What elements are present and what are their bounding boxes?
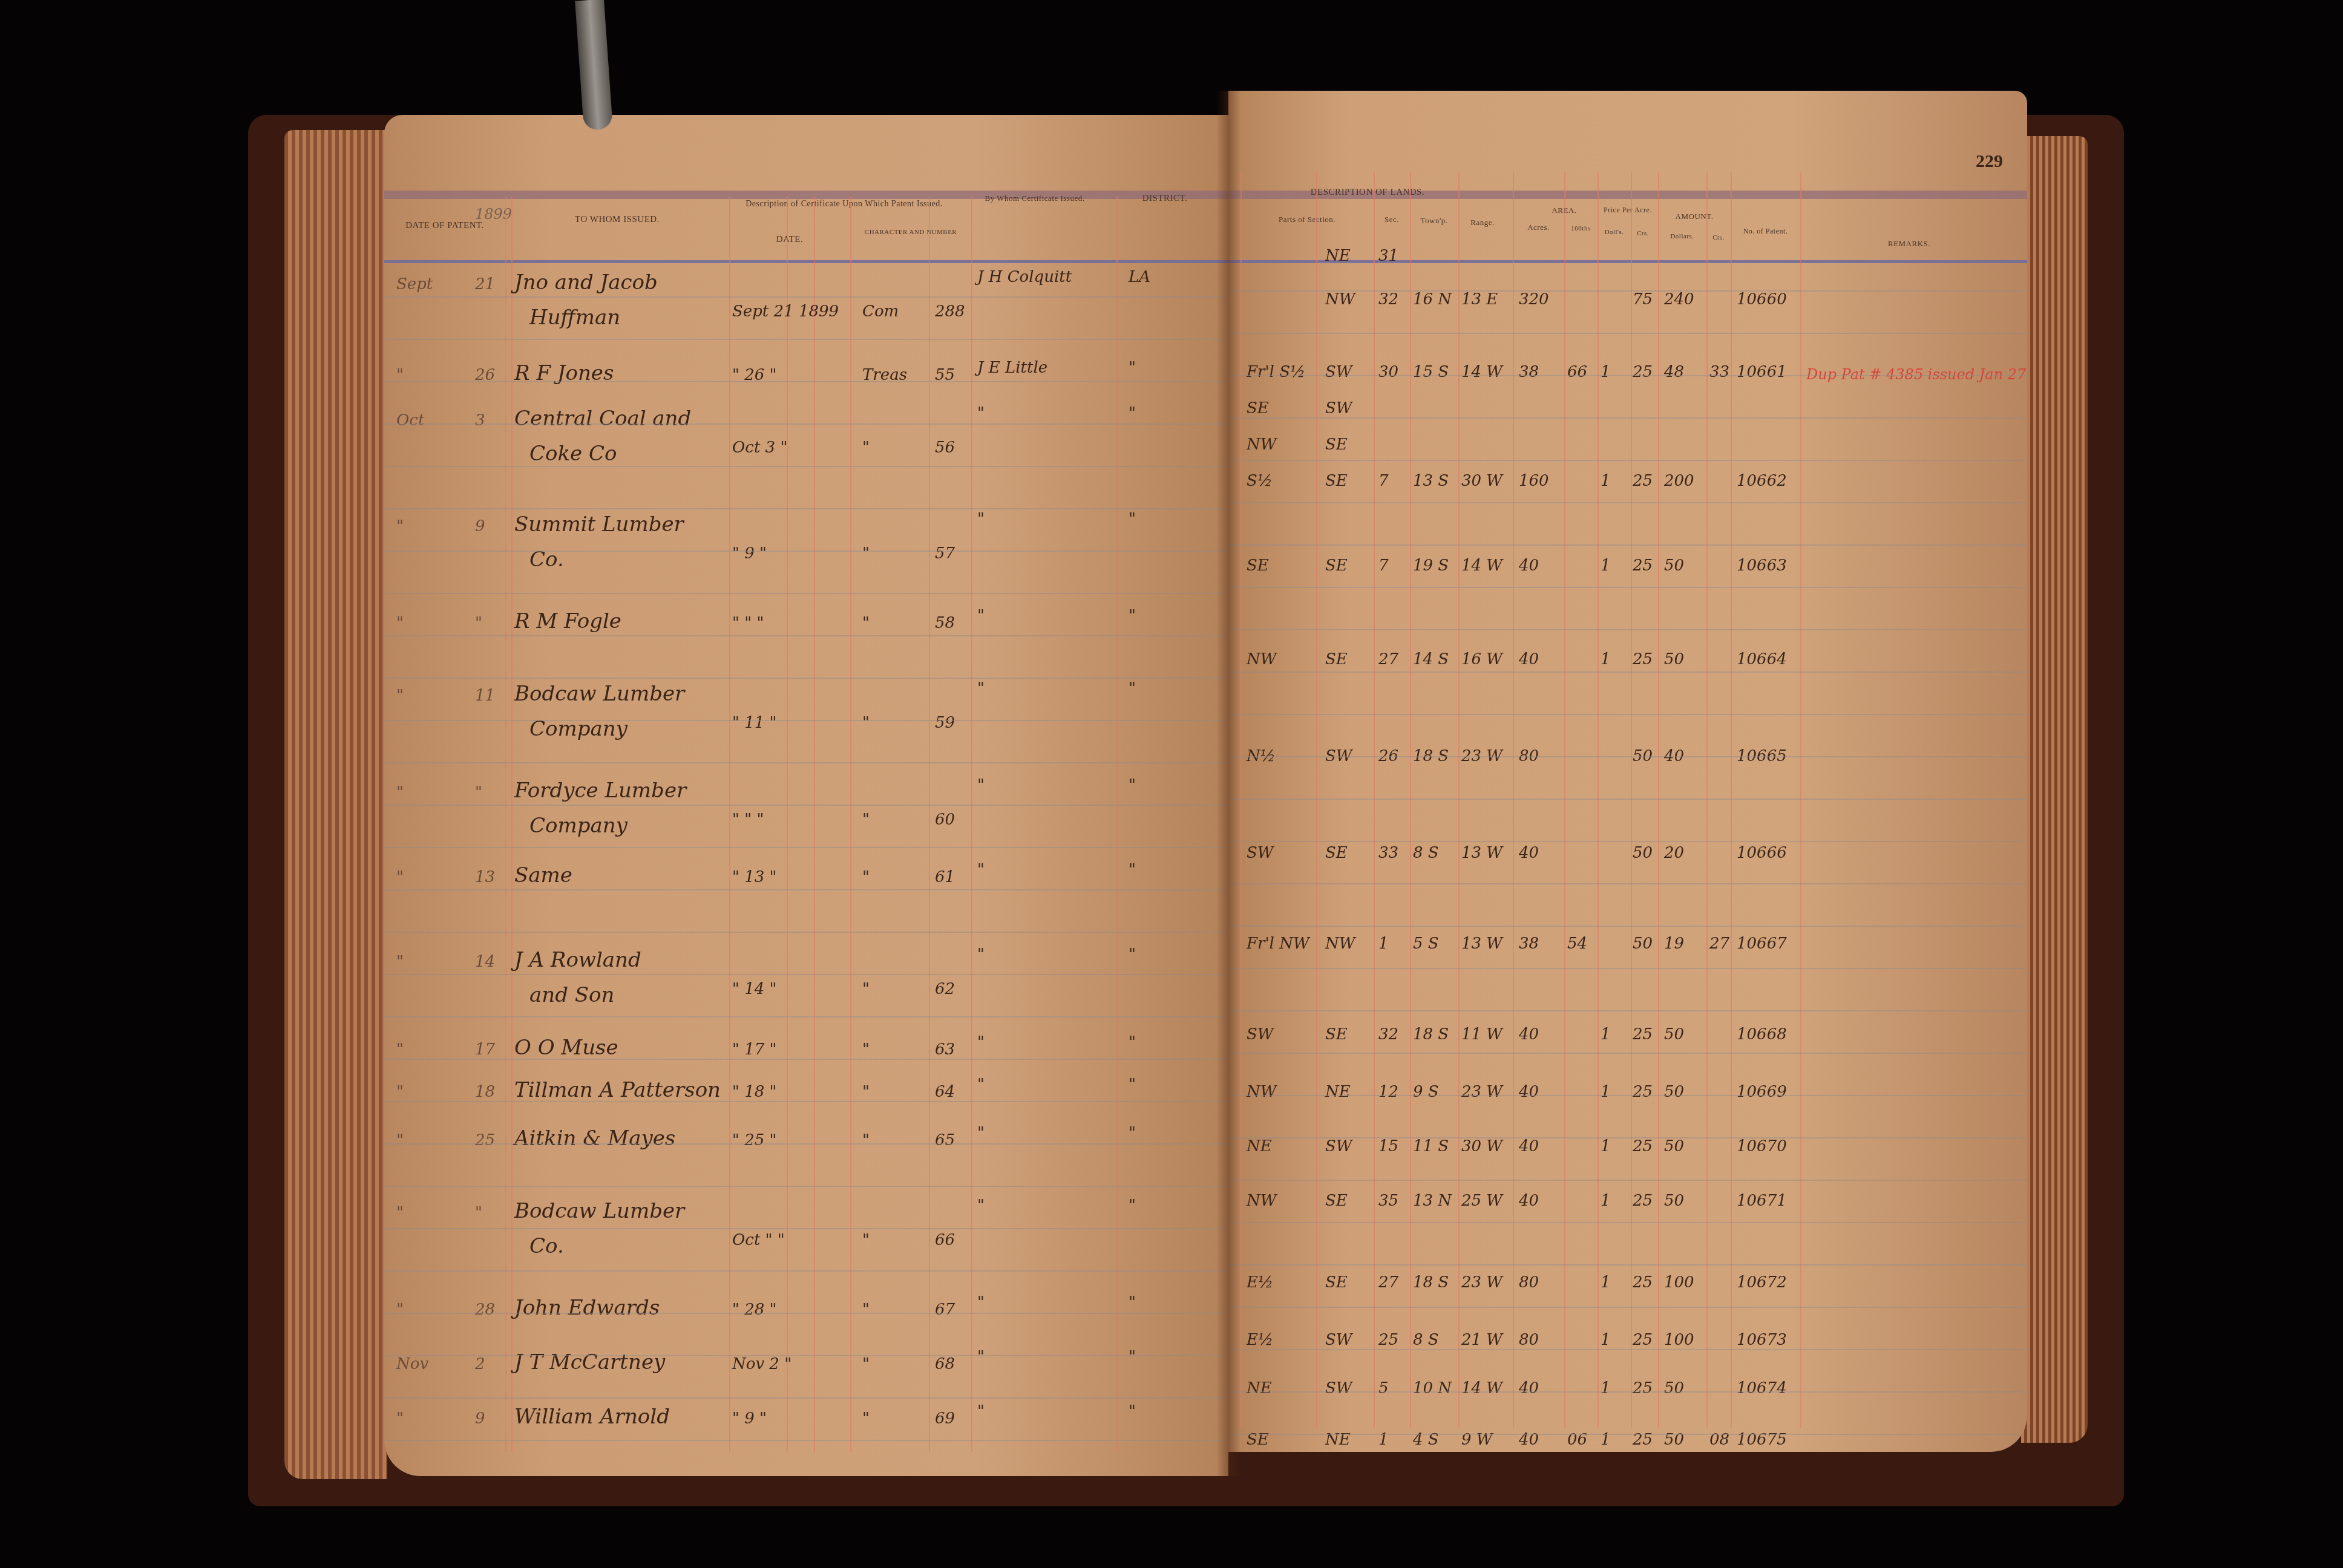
- patent-number: 10667: [1737, 935, 1787, 953]
- ruled-line: [384, 466, 1228, 467]
- patent-month: ": [396, 1204, 404, 1222]
- parts-of-section: NE: [1247, 1137, 1272, 1155]
- patent-month: ": [396, 868, 404, 886]
- header-certificate-date: DATE.: [729, 235, 850, 245]
- patent-number: 10669: [1737, 1083, 1787, 1101]
- range: 11 W: [1461, 1025, 1502, 1044]
- patent-month: ": [396, 953, 404, 971]
- certifying-officer: ": [977, 1197, 985, 1215]
- grantee-name: John Edwards: [514, 1296, 660, 1320]
- price-cents: 25: [1633, 650, 1653, 668]
- section: 32: [1378, 1025, 1398, 1044]
- price-dollars: 1: [1601, 1192, 1611, 1210]
- amount-dollars: 50: [1664, 1025, 1684, 1044]
- price-cents: 25: [1633, 1273, 1653, 1292]
- price-cents: 25: [1633, 1083, 1653, 1101]
- grantee-name: Jno and Jacob: [514, 270, 658, 295]
- range: 23 W: [1461, 1083, 1502, 1101]
- header-by-whom: By Whom Certificate Issued.: [965, 194, 1104, 203]
- price-cents: 25: [1633, 1137, 1653, 1155]
- header-character-number: CHARACTER AND NUMBER: [856, 229, 965, 236]
- amount-dollars: 19: [1664, 935, 1684, 953]
- certificate-number: 59: [935, 714, 955, 732]
- header-sec: Sec.: [1374, 215, 1410, 224]
- remarks-red-ink: Dup Pat # 4385 issued Jan 27, 1922: [1806, 366, 2027, 383]
- township: 18 S: [1413, 1273, 1449, 1292]
- patent-number: 10664: [1737, 650, 1787, 668]
- grantee-name: Bodcaw Lumber: [514, 1199, 684, 1223]
- price-cents: 25: [1633, 472, 1653, 490]
- district: LA: [1129, 268, 1150, 286]
- certificate-number: 67: [935, 1301, 955, 1319]
- certifying-officer: J H Colquitt: [977, 268, 1072, 286]
- patent-day: 3: [475, 411, 485, 430]
- certificate-date: " 18 ": [732, 1083, 777, 1101]
- certifying-officer: ": [977, 1124, 985, 1142]
- section: 25: [1378, 1331, 1398, 1349]
- certificate-number: 66: [935, 1231, 955, 1249]
- certificate-number: 288: [935, 302, 965, 321]
- quarter-section: SW: [1325, 1379, 1352, 1397]
- certificate-number: 60: [935, 811, 955, 829]
- certificate-character: ": [862, 1231, 870, 1249]
- township: 16 N: [1413, 290, 1452, 309]
- patent-month: Sept: [396, 275, 433, 293]
- acres: 80: [1519, 1273, 1539, 1292]
- patent-month: ": [396, 517, 404, 535]
- section: 27: [1378, 1273, 1398, 1292]
- certificate-date: " 17 ": [732, 1040, 777, 1059]
- column-rule: [1706, 172, 1708, 1428]
- quarter-section: SE: [1325, 1273, 1348, 1292]
- section: 7: [1378, 557, 1389, 575]
- range: 13 W: [1461, 935, 1502, 953]
- township: 8 S: [1413, 1331, 1439, 1349]
- patent-number: 10660: [1737, 290, 1787, 309]
- range: 13 E: [1461, 290, 1498, 309]
- header-no-of-patent: No. of Patent.: [1731, 227, 1800, 236]
- column-rule: [1597, 172, 1599, 1428]
- certifying-officer: ": [977, 1348, 985, 1366]
- patent-number: 10671: [1737, 1192, 1787, 1210]
- patent-day: 2: [475, 1355, 485, 1373]
- range: 30 W: [1461, 1137, 1502, 1155]
- township: 5 S: [1413, 935, 1439, 953]
- ruled-line: [1228, 629, 2027, 630]
- price-dollars: 1: [1601, 1083, 1611, 1101]
- header-acres: Acres.: [1513, 223, 1564, 232]
- acres: 40: [1519, 1192, 1539, 1210]
- certifying-officer: J E Little: [977, 359, 1047, 377]
- parts-of-section: E½: [1247, 1331, 1273, 1349]
- district: ": [1129, 359, 1136, 377]
- quarter-section: SW: [1325, 399, 1352, 417]
- district: ": [1129, 607, 1136, 625]
- certificate-number: 62: [935, 980, 955, 998]
- district: ": [1129, 1348, 1136, 1366]
- patent-number: 10668: [1737, 1025, 1787, 1044]
- certificate-date: " " ": [732, 811, 764, 829]
- certifying-officer: ": [977, 607, 985, 625]
- range: 14 W: [1461, 1379, 1502, 1397]
- column-rule: [929, 197, 930, 1452]
- range: 25 W: [1461, 1192, 1502, 1210]
- ruled-line: [1228, 671, 2027, 673]
- column-rule: [1116, 197, 1118, 1452]
- certificate-character: ": [862, 439, 870, 457]
- patent-number: 10662: [1737, 472, 1787, 490]
- parts-of-section: NW: [1247, 650, 1276, 668]
- header-amount-cts: Cts.: [1706, 234, 1731, 241]
- parts-of-section: SE: [1247, 399, 1269, 417]
- amount-dollars: 50: [1664, 557, 1684, 575]
- ruled-line: [384, 805, 1228, 806]
- quarter-section: SE: [1325, 557, 1348, 575]
- price-cents: 25: [1633, 1025, 1653, 1044]
- ruled-line: [384, 1313, 1228, 1314]
- township: 15 S: [1413, 363, 1449, 381]
- range: 16 W: [1461, 650, 1502, 668]
- column-rule: [1316, 172, 1317, 1428]
- certificate-date: Sept 21 1899: [732, 302, 839, 321]
- quarter-section: SE: [1325, 1025, 1348, 1044]
- patent-day: 9: [475, 517, 485, 535]
- certificate-character: ": [862, 1131, 870, 1149]
- parts-of-section: SW: [1247, 1025, 1274, 1044]
- section: 27: [1378, 650, 1398, 668]
- ruled-line: [1228, 333, 2027, 334]
- acres-hundredths: 66: [1567, 363, 1587, 381]
- column-rule: [1513, 172, 1514, 1428]
- patent-number: 10670: [1737, 1137, 1787, 1155]
- quarter-section: SW: [1325, 363, 1352, 381]
- ruled-line: [384, 720, 1228, 721]
- section: 15: [1378, 1137, 1398, 1155]
- certificate-number: 63: [935, 1040, 955, 1059]
- section: 30: [1378, 363, 1398, 381]
- range: 21 W: [1461, 1331, 1502, 1349]
- parts-of-section: NW: [1247, 1083, 1276, 1101]
- certifying-officer: ": [977, 679, 985, 697]
- certifying-officer: ": [977, 776, 985, 794]
- patent-month: ": [396, 783, 404, 802]
- certificate-number: 68: [935, 1355, 955, 1373]
- grantee-name-continued: Huffman: [529, 305, 620, 330]
- acres-hundredths: 54: [1567, 935, 1587, 953]
- header-township: Town'p.: [1410, 216, 1458, 226]
- price-dollars: 1: [1601, 363, 1611, 381]
- header-amount: AMOUNT.: [1658, 212, 1731, 221]
- ruled-line: [1228, 1010, 2027, 1011]
- amount-dollars: 100: [1664, 1273, 1694, 1292]
- price-dollars: 1: [1601, 1025, 1611, 1044]
- acres: 80: [1519, 1331, 1539, 1349]
- amount-dollars: 100: [1664, 1331, 1694, 1349]
- ruled-line: [1228, 417, 2027, 419]
- price-cents: 50: [1633, 844, 1653, 862]
- certificate-date: Nov 2 ": [732, 1355, 791, 1373]
- certificate-number: 56: [935, 439, 955, 457]
- column-rule: [787, 197, 788, 1452]
- patent-number: 10661: [1737, 363, 1787, 381]
- certificate-date: " 9 ": [732, 544, 767, 563]
- column-rule: [729, 197, 730, 1452]
- patent-day: 28: [475, 1301, 495, 1319]
- township: 8 S: [1413, 844, 1439, 862]
- patent-day: ": [475, 1204, 482, 1222]
- certifying-officer: ": [977, 1402, 985, 1420]
- range: 13 W: [1461, 844, 1502, 862]
- certificate-date: Oct 3 ": [732, 439, 787, 457]
- parts-of-section: NW: [1247, 1192, 1276, 1210]
- certificate-date: " 28 ": [732, 1301, 777, 1319]
- quarter-section: SE: [1325, 436, 1348, 454]
- certificate-character: ": [862, 1410, 870, 1428]
- district: ": [1129, 510, 1136, 528]
- district: ": [1129, 1402, 1136, 1420]
- district: ": [1129, 1197, 1136, 1215]
- quarter-section: SE: [1325, 844, 1348, 862]
- header-amount-dollars: Dollars.: [1658, 233, 1706, 240]
- section: 35: [1378, 1192, 1398, 1210]
- section: 33: [1378, 844, 1398, 862]
- certifying-officer: ": [977, 1293, 985, 1312]
- certificate-character: ": [862, 980, 870, 998]
- column-rule: [1240, 172, 1242, 1428]
- column-rule: [814, 197, 815, 1452]
- column-rule: [1658, 172, 1659, 1428]
- quarter-section: NW: [1325, 935, 1355, 953]
- amount-dollars: 48: [1664, 363, 1684, 381]
- book-gutter: [1216, 91, 1240, 1476]
- price-cents: 25: [1633, 363, 1653, 381]
- header-price-per-acre: Price Per Acre.: [1597, 206, 1658, 215]
- ruled-line: [1228, 375, 2027, 376]
- ruled-line: [384, 1355, 1228, 1356]
- parts-of-section: S½: [1247, 472, 1273, 490]
- certificate-character: ": [862, 714, 870, 732]
- ruled-line: [1228, 1137, 2027, 1138]
- grantee-name-continued: Company: [529, 814, 628, 838]
- price-cents: 25: [1633, 1379, 1653, 1397]
- ruled-line: [1228, 502, 2027, 503]
- ruled-line: [1228, 1391, 2027, 1393]
- price-dollars: 1: [1601, 1273, 1611, 1292]
- district: ": [1129, 1076, 1136, 1094]
- ruled-line: [384, 1101, 1228, 1102]
- ruled-line: [384, 1397, 1228, 1399]
- certificate-number: 61: [935, 868, 955, 886]
- parts-of-section: Fr'l S½: [1247, 363, 1305, 381]
- certificate-character: ": [862, 1301, 870, 1319]
- certificate-number: 58: [935, 614, 955, 632]
- ruled-line: [384, 678, 1228, 679]
- certificate-character: ": [862, 1040, 870, 1059]
- ruled-line: [384, 1059, 1228, 1060]
- township: 13 S: [1413, 472, 1449, 490]
- patent-number: 10672: [1737, 1273, 1787, 1292]
- quarter-section: NE: [1325, 247, 1351, 265]
- ruled-line: [384, 381, 1228, 382]
- parts-of-section: Fr'l NW: [1247, 935, 1309, 953]
- ruled-line: [384, 339, 1228, 340]
- column-rule: [850, 197, 851, 1452]
- patent-day: ": [475, 614, 482, 632]
- parts-of-section: SE: [1247, 557, 1269, 575]
- section: 12: [1378, 1083, 1398, 1101]
- ruled-line: [1228, 587, 2027, 588]
- ruled-line: [1228, 1180, 2027, 1181]
- acres: 160: [1519, 472, 1549, 490]
- township: 19 S: [1413, 557, 1449, 575]
- header-to-whom-issued: TO WHOM ISSUED.: [511, 215, 723, 225]
- grantee-name: Aitkin & Mayes: [514, 1126, 675, 1151]
- section: 31: [1378, 247, 1398, 265]
- ruled-line: [384, 550, 1228, 552]
- acres: 38: [1519, 935, 1539, 953]
- ruled-line: [384, 423, 1228, 425]
- patent-number: 10673: [1737, 1331, 1787, 1349]
- ruled-line: [384, 296, 1228, 298]
- ruled-line: [1228, 460, 2027, 461]
- patent-day: 18: [475, 1083, 495, 1101]
- patent-number: 10666: [1737, 844, 1787, 862]
- parts-of-section: NE: [1247, 1379, 1272, 1397]
- patent-month: ": [396, 1083, 404, 1101]
- range: 14 W: [1461, 557, 1502, 575]
- header-district: DISTRICT.: [1110, 194, 1219, 204]
- range: 23 W: [1461, 1273, 1502, 1292]
- patent-day: 13: [475, 868, 495, 886]
- parts-of-section: SW: [1247, 844, 1274, 862]
- patent-month: Nov: [396, 1355, 428, 1373]
- township: 10 N: [1413, 1379, 1452, 1397]
- district: ": [1129, 776, 1136, 794]
- ruled-line: [1228, 1095, 2027, 1096]
- certifying-officer: ": [977, 510, 985, 528]
- quarter-section: SE: [1325, 1192, 1348, 1210]
- grantee-name: Tillman A Patterson: [514, 1078, 721, 1102]
- ruled-line: [1228, 841, 2027, 842]
- column-rule: [1410, 172, 1411, 1428]
- header-price-cts: Cts.: [1631, 230, 1655, 237]
- quarter-section: SE: [1325, 650, 1348, 668]
- certificate-number: 64: [935, 1083, 955, 1101]
- price-dollars: 1: [1601, 1137, 1611, 1155]
- ruled-line: [384, 635, 1228, 636]
- ruled-line: [1228, 1053, 2027, 1054]
- patent-month: ": [396, 687, 404, 705]
- ruled-line: [384, 1228, 1228, 1229]
- column-rule: [511, 197, 513, 1452]
- certifying-officer: ": [977, 861, 985, 879]
- section: 7: [1378, 472, 1389, 490]
- page-clip: [575, 0, 613, 131]
- column-rule: [1458, 172, 1460, 1428]
- acres: 320: [1519, 290, 1549, 309]
- acres: 40: [1519, 1083, 1539, 1101]
- patent-number: 10663: [1737, 557, 1787, 575]
- certificate-date: " " ": [732, 614, 764, 632]
- certificate-date: " 11 ": [732, 714, 777, 732]
- district: ": [1129, 1124, 1136, 1142]
- ruled-line: [384, 508, 1228, 509]
- price-cents: 50: [1633, 935, 1653, 953]
- column-rule: [1800, 172, 1801, 1428]
- patent-month: ": [396, 1131, 404, 1149]
- certificate-character: Com: [862, 302, 899, 321]
- patent-month: Oct: [396, 411, 424, 430]
- patent-day: 21: [475, 275, 495, 293]
- ruled-line: [384, 932, 1228, 933]
- range: 14 W: [1461, 363, 1502, 381]
- column-rule: [1374, 172, 1375, 1428]
- patent-month: ": [396, 1410, 404, 1428]
- ruled-line: [384, 1143, 1228, 1145]
- acres: 40: [1519, 1137, 1539, 1155]
- price-cents: 25: [1633, 1331, 1653, 1349]
- township: 14 S: [1413, 650, 1449, 668]
- patent-day: 14: [475, 953, 495, 971]
- ruled-line: [384, 974, 1228, 975]
- right-page: 229 DESCRIPTION OF LANDS. Parts of Secti…: [1228, 91, 2027, 1452]
- ruled-line: [384, 1270, 1228, 1272]
- certificate-character: ": [862, 811, 870, 829]
- patent-day: 9: [475, 1410, 485, 1428]
- certificate-character: ": [862, 1355, 870, 1373]
- acres: 40: [1519, 1025, 1539, 1044]
- ruled-line: [384, 762, 1228, 763]
- certifying-officer: ": [977, 404, 985, 422]
- ruled-line: [384, 593, 1228, 594]
- district: ": [1129, 404, 1136, 422]
- header-description-of-lands: DESCRIPTION OF LANDS.: [1240, 188, 1495, 198]
- ruled-line: [1228, 544, 2027, 546]
- header-remarks: REMARKS.: [1833, 239, 1985, 249]
- certificate-date: " 13 ": [732, 868, 777, 886]
- patent-day: 17: [475, 1040, 495, 1059]
- ruled-line: [1228, 1307, 2027, 1308]
- grantee-name-continued: and Son: [529, 983, 614, 1007]
- price-cents: 25: [1633, 557, 1653, 575]
- grantee-name: J A Rowland: [514, 948, 641, 972]
- acres: 40: [1519, 650, 1539, 668]
- ruled-line: [1228, 1434, 2027, 1435]
- left-page: DATE OF PATENT. TO WHOM ISSUED. Descript…: [384, 115, 1228, 1476]
- acres: 40: [1519, 1379, 1539, 1397]
- amount-dollars: 240: [1664, 290, 1694, 309]
- ruled-line: [1228, 1349, 2027, 1350]
- certificate-number: 69: [935, 1410, 955, 1428]
- grantee-name: Summit Lumber: [514, 512, 684, 537]
- header-parts-of-section: Parts of Section.: [1240, 215, 1374, 224]
- certifying-officer: ": [977, 1033, 985, 1051]
- patent-day: ": [475, 783, 482, 802]
- township: 18 S: [1413, 1025, 1449, 1044]
- ruled-line: [1228, 1264, 2027, 1266]
- certificate-date: " 9 ": [732, 1410, 767, 1428]
- amount-dollars: 50: [1664, 1379, 1684, 1397]
- quarter-section: SW: [1325, 1331, 1352, 1349]
- header-certificate-description: Description of Certificate Upon Which Pa…: [729, 200, 959, 209]
- grantee-name: J T McCartney: [514, 1350, 665, 1374]
- amount-cents: 27: [1709, 935, 1729, 953]
- certificate-number: 65: [935, 1131, 955, 1149]
- column-rule: [505, 197, 506, 1452]
- quarter-section: SW: [1325, 1137, 1352, 1155]
- district: ": [1129, 679, 1136, 697]
- grantee-name: Bodcaw Lumber: [514, 682, 684, 706]
